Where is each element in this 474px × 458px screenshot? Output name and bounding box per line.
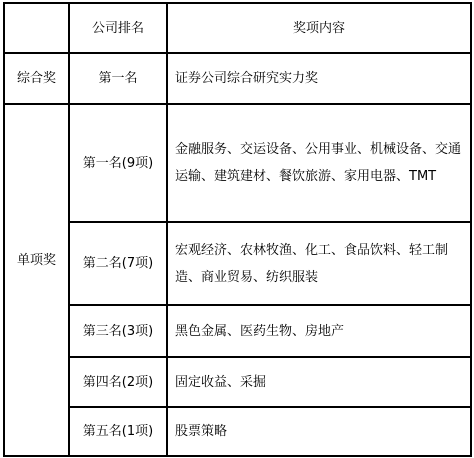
table-row-overall: 综合奖 第一名 证券公司综合研究实力奖 bbox=[4, 53, 471, 104]
awards-table: 公司排名 奖项内容 综合奖 第一名 证券公司综合研究实力奖 单项奖 第一名(9项… bbox=[3, 2, 472, 457]
content-text: 股票策略 bbox=[175, 418, 466, 445]
content-cell: 金融服务、交运设备、公用事业、机械设备、交通运输、建筑建材、餐饮旅游、家用电器、… bbox=[167, 104, 471, 222]
content-text: 宏观经济、农林牧渔、化工、食品饮料、轻工制造、商业贸易、纺织服装 bbox=[175, 237, 466, 291]
table-row: 单项奖 第一名(9项) 金融服务、交运设备、公用事业、机械设备、交通运输、建筑建… bbox=[4, 104, 471, 222]
category-cell-overall: 综合奖 bbox=[4, 53, 69, 104]
content-cell: 股票策略 bbox=[167, 407, 471, 456]
content-cell: 固定收益、采掘 bbox=[167, 357, 471, 407]
rank-cell: 第二名(7项) bbox=[69, 222, 167, 305]
category-cell-single: 单项奖 bbox=[4, 104, 69, 456]
content-text: 黑色金属、医药生物、房地产 bbox=[175, 318, 466, 345]
table-header-row: 公司排名 奖项内容 bbox=[4, 3, 471, 53]
content-text: 证券公司综合研究实力奖 bbox=[175, 65, 466, 92]
table-row: 第五名(1项) 股票策略 bbox=[4, 407, 471, 456]
content-cell: 宏观经济、农林牧渔、化工、食品饮料、轻工制造、商业贸易、纺织服装 bbox=[167, 222, 471, 305]
content-cell: 黑色金属、医药生物、房地产 bbox=[167, 305, 471, 357]
table-row: 第四名(2项) 固定收益、采掘 bbox=[4, 357, 471, 407]
rank-cell: 第四名(2项) bbox=[69, 357, 167, 407]
rank-cell: 第五名(1项) bbox=[69, 407, 167, 456]
content-cell: 证券公司综合研究实力奖 bbox=[167, 53, 471, 104]
content-text: 固定收益、采掘 bbox=[175, 369, 466, 396]
rank-cell: 第一名 bbox=[69, 53, 167, 104]
rank-cell: 第一名(9项) bbox=[69, 104, 167, 222]
table-row: 第二名(7项) 宏观经济、农林牧渔、化工、食品饮料、轻工制造、商业贸易、纺织服装 bbox=[4, 222, 471, 305]
table-row: 第三名(3项) 黑色金属、医药生物、房地产 bbox=[4, 305, 471, 357]
header-rank-cell: 公司排名 bbox=[69, 3, 167, 53]
content-text: 金融服务、交运设备、公用事业、机械设备、交通运输、建筑建材、餐饮旅游、家用电器、… bbox=[175, 136, 466, 190]
rank-cell: 第三名(3项) bbox=[69, 305, 167, 357]
header-content-cell: 奖项内容 bbox=[167, 3, 471, 53]
header-category-cell bbox=[4, 3, 69, 53]
